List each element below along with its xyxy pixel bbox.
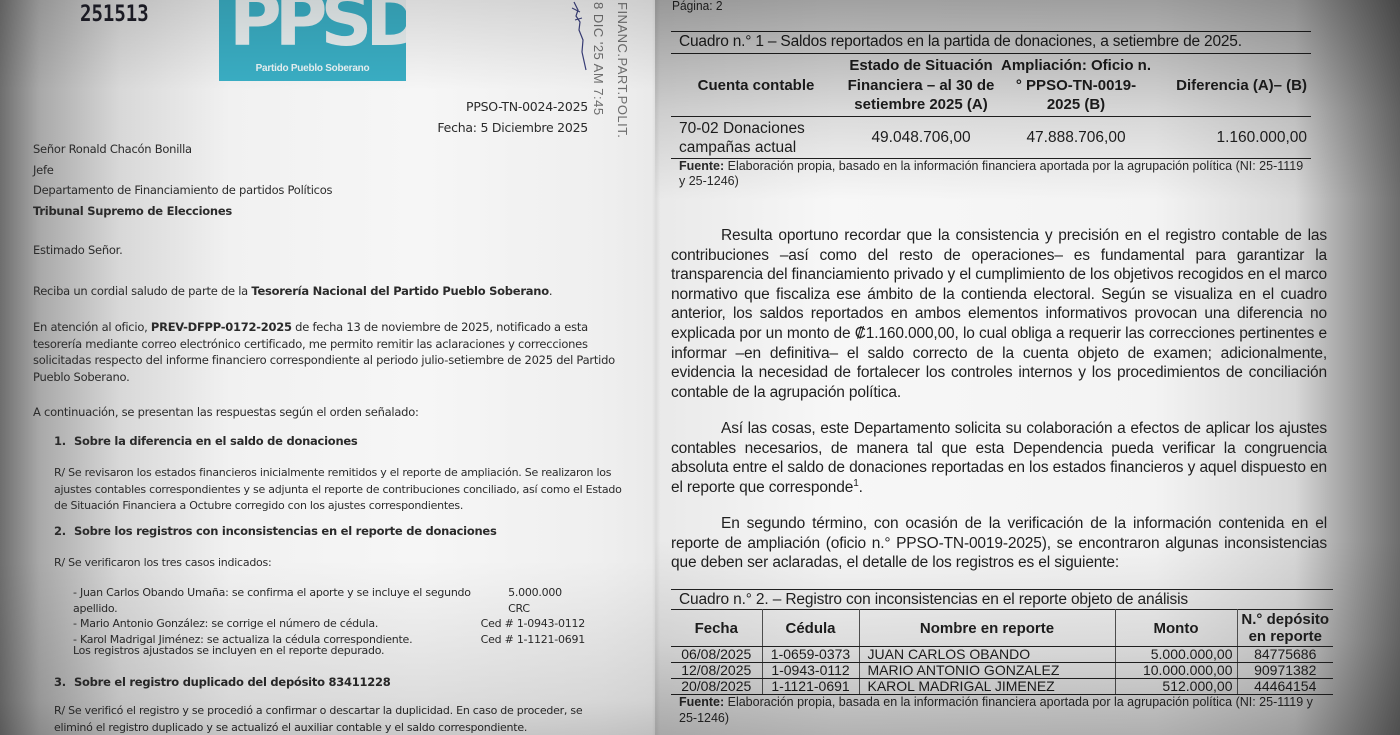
table-2-caption: Cuadro n.° 2. – Registro con inconsisten…	[671, 589, 1333, 609]
difference-cell: 1.160.000,00	[1151, 119, 1311, 157]
table-2: Cuadro n.° 2. – Registro con inconsisten…	[671, 589, 1333, 726]
letter-date: Fecha: 5 Diciembre 2025	[437, 120, 588, 135]
section-3-title: 3.Sobre el registro duplicado del depósi…	[54, 675, 391, 689]
name-cell: JUAN CARLOS OBANDO	[859, 647, 1115, 663]
addressee-block: Señor Ronald Chacón Bonilla Jefe Departa…	[33, 139, 332, 221]
table-1-caption: Cuadro n.° 1 – Saldos reportados en la p…	[671, 31, 1311, 54]
intro-paragraph: A continuación, se presentan las respues…	[33, 404, 623, 421]
amount-cell: 10.000.000,00	[1115, 663, 1237, 679]
date-cell: 12/08/2025	[671, 663, 762, 679]
addressee-title: Jefe	[33, 160, 332, 181]
column-header: Diferencia (A)– (B)	[1151, 56, 1311, 115]
value-b-cell: 47.888.706,00	[1001, 119, 1151, 157]
section-3-response: R/ Se verificó el registro y se procedió…	[54, 703, 624, 735]
column-header: Ampliación: Oficio n.° PPSO-TN-0019-2025…	[1001, 56, 1151, 115]
addressee-name: Señor Ronald Chacón Bonilla	[33, 139, 332, 160]
section-2-response: R/ Se verificaron los tres casos indicad…	[54, 555, 624, 572]
name-cell: KAROL MADRIGAL JIMENEZ	[859, 679, 1115, 695]
logo-subtitle: Partido Pueblo Soberano	[219, 63, 406, 74]
table-2-header: Fecha Cédula Nombre en reporte Monto N.°…	[671, 610, 1333, 647]
table-row: 06/08/2025 1-0659-0373 JUAN CARLOS OBAND…	[671, 647, 1333, 663]
table-row: 12/08/2025 1-0943-0112 MARIO ANTONIO GON…	[671, 663, 1333, 679]
reference-number: PPSO-TN-0024-2025	[466, 99, 588, 114]
deposit-cell: 44464154	[1237, 679, 1333, 695]
section-1-response: R/ Se revisaron los estados financieros …	[54, 465, 624, 515]
page-number: Página: 2	[672, 0, 723, 13]
column-header: Nombre en reporte	[859, 610, 1115, 647]
date-cell: 06/08/2025	[671, 647, 762, 663]
table-1: Cuadro n.° 1 – Saldos reportados en la p…	[671, 31, 1311, 190]
addressee-institution: Tribunal Supremo de Elecciones	[33, 201, 332, 222]
section-2-closing: Los registros ajustados se incluyen en e…	[73, 644, 384, 657]
paragraph-1: Resulta oportuno recordar que la consist…	[671, 226, 1327, 402]
list-item: - Mario Antonio González: se corrige el …	[73, 616, 585, 632]
attention-paragraph: En atención al oficio, PREV-DFPP-0172-20…	[33, 319, 623, 385]
case-list: - Juan Carlos Obando Umaña: se confirma …	[73, 585, 585, 647]
table-row: 20/08/2025 1-1121-0691 KAROL MADRIGAL JI…	[671, 679, 1333, 695]
column-header: N.° depósito en reporte	[1237, 610, 1333, 647]
section-1-title: 1.Sobre la diferencia en el saldo de don…	[54, 434, 358, 448]
table-2-source: Fuente: Elaboración propia, basada en la…	[671, 695, 1333, 726]
greeting: Estimado Señor.	[33, 242, 623, 259]
received-stamp-date: 8 DIC '25 AM 7:45	[591, 2, 606, 116]
amount-cell: 512.000,00	[1115, 679, 1237, 695]
report-page: Página: 2 Cuadro n.° 1 – Saldos reportad…	[655, 0, 1400, 735]
column-header: Estado de Situación Financiera – al 30 d…	[841, 56, 1001, 115]
deposit-cell: 84775686	[1237, 647, 1333, 663]
logo-mark: PPSD	[229, 0, 396, 70]
stamp-number: 251513	[80, 1, 149, 26]
column-header: Cuenta contable	[671, 56, 841, 115]
account-cell: 70-02 Donaciones campañas actual	[671, 119, 841, 157]
value-a-cell: 49.048.706,00	[841, 119, 1001, 157]
column-header: Cédula	[762, 610, 859, 647]
salutation-paragraph: Reciba un cordial saludo de parte de la …	[33, 283, 623, 300]
paragraph-2: Así las cosas, este Departamento solicit…	[671, 419, 1327, 497]
page-seam	[652, 0, 660, 735]
column-header: Fecha	[671, 610, 762, 647]
received-stamp-office: FINANC.PART.POLIT.	[615, 2, 630, 138]
table-1-header: Cuenta contable Estado de Situación Fina…	[671, 54, 1311, 117]
table-1-source: Fuente: Elaboración propia, basado en la…	[671, 159, 1311, 190]
addressee-department: Departamento de Financiamiento de partid…	[33, 180, 332, 201]
party-logo: PPSD Partido Pueblo Soberano	[219, 0, 406, 81]
deposit-cell: 90971382	[1237, 663, 1333, 679]
date-cell: 20/08/2025	[671, 679, 762, 695]
list-item: - Juan Carlos Obando Umaña: se confirma …	[73, 585, 585, 616]
table-2-grid: Fecha Cédula Nombre en reporte Monto N.°…	[671, 609, 1333, 695]
letter-page: 251513 PPSD Partido Pueblo Soberano 8 DI…	[0, 0, 660, 735]
table-row: 70-02 Donaciones campañas actual 49.048.…	[671, 117, 1311, 159]
id-cell: 1-1121-0691	[762, 679, 859, 695]
paragraph-3: En segundo término, con ocasión de la ve…	[671, 514, 1327, 573]
name-cell: MARIO ANTONIO GONZALEZ	[859, 663, 1115, 679]
signature-icon	[570, 0, 592, 72]
id-cell: 1-0943-0112	[762, 663, 859, 679]
column-header: Monto	[1115, 610, 1237, 647]
id-cell: 1-0659-0373	[762, 647, 859, 663]
section-2-title: 2.Sobre los registros con inconsistencia…	[54, 524, 497, 538]
amount-cell: 5.000.000,00	[1115, 647, 1237, 663]
